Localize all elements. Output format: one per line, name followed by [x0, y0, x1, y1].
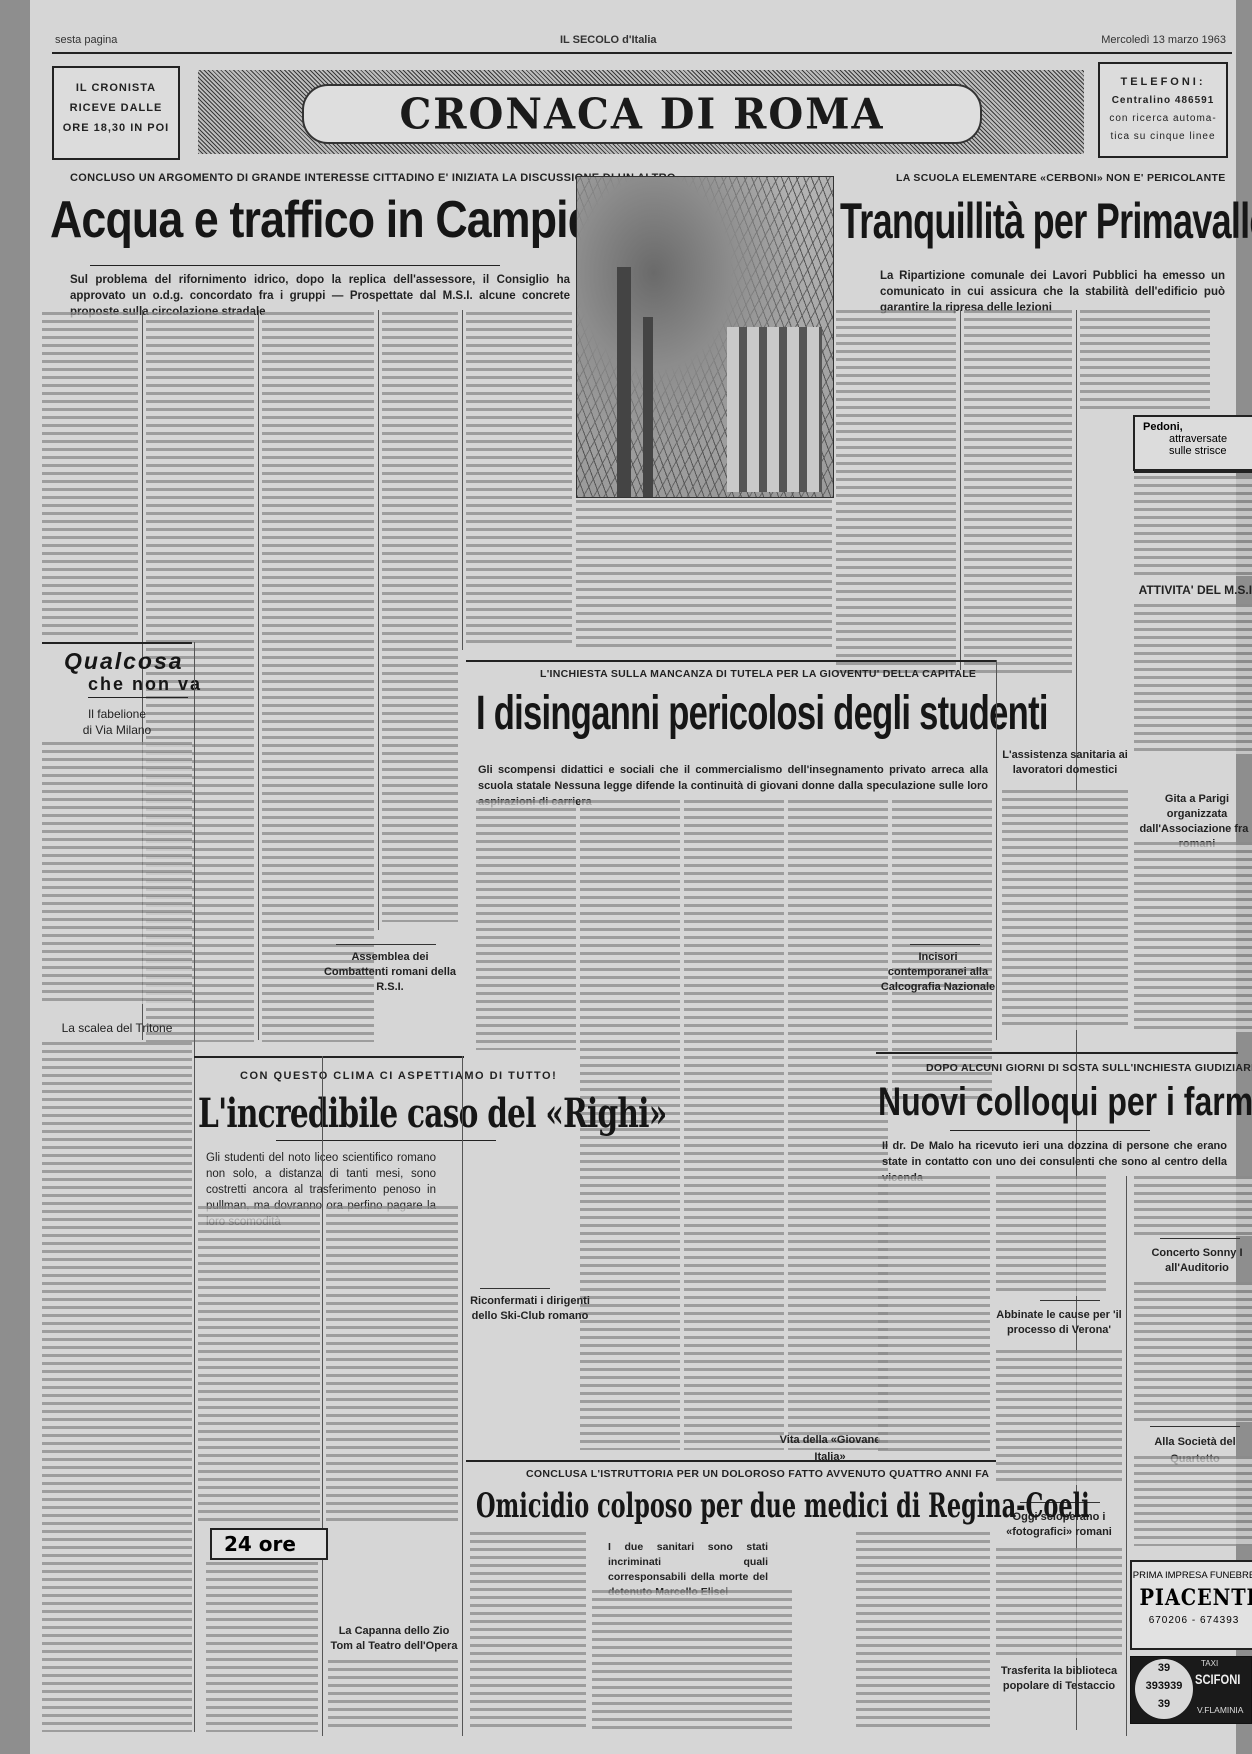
attivita-msi-title: ATTIVITA' DEL M.S.I.: [1134, 582, 1252, 599]
pedoni-notice: Pedoni, attraversate sulle strisce: [1133, 415, 1252, 471]
verona-title: Abbinate le cause per 'il processo di Ve…: [996, 1308, 1122, 1338]
news-photo: [576, 176, 834, 498]
cronista-box: IL CRONISTA RICEVE DALLE ORE 18,30 IN PO…: [52, 66, 180, 160]
pedoni-line-1: Pedoni,: [1135, 417, 1252, 433]
item-rule: [910, 944, 980, 945]
column-rule: [1126, 1176, 1127, 1736]
righi-body-col-1: [198, 1206, 320, 1526]
column-rule: [194, 642, 195, 1732]
farmaci-body-col-3: [1134, 1176, 1252, 1236]
studenti-kicker: L'INCHIESTA SULLA MANCANZA DI TUTELA PER…: [540, 668, 976, 680]
telefoni-line-2: con ricerca automa-: [1100, 110, 1226, 128]
taxi-address: V.FLAMINIA: [1197, 1705, 1243, 1715]
section-rule: [276, 1140, 496, 1141]
farmaci-kicker: DOPO ALCUNI GIORNI DI SOSTA SULL'INCHIES…: [926, 1062, 1252, 1074]
photo-caption: [576, 500, 832, 650]
ski-club-title: Riconfermati i dirigenti dello Ski-Club …: [470, 1294, 590, 1324]
issue-date: Mercoledì 13 marzo 1963: [1101, 34, 1226, 46]
pedoni-line-3: sulle strisce: [1135, 445, 1252, 457]
regina-coeli-headline: Omicidio colposo per due medici di Regin…: [476, 1486, 1090, 1526]
studenti-body-col-3: [684, 800, 784, 1450]
section-masthead: CRONACA DI ROMA: [198, 70, 1084, 154]
primavalle-kicker: LA SCUOLA ELEMENTARE «CERBONI» NON E' PE…: [896, 172, 1226, 184]
piacenti-phones: 670206 - 674393: [1132, 1615, 1252, 1626]
section-rule: [88, 697, 188, 698]
ventiquattro-ore-box: 24 ore: [210, 1528, 328, 1560]
item-rule: [336, 944, 436, 945]
taxi-number-disc: 39 393939 39: [1135, 1659, 1193, 1719]
incisori-title: Incisori contemporanei alla Calcografia …: [880, 950, 996, 995]
acqua-rule: [90, 265, 500, 266]
righi-body-col-2: [326, 1206, 458, 1526]
assistenza-body: [1002, 790, 1128, 1030]
scifoni-taxi-ad: 39 393939 39 TAXI SCIFONI V.FLAMINIA: [1130, 1656, 1252, 1724]
cronista-line-3: ORE 18,30 IN POI: [54, 118, 178, 138]
assistenza-title: L'assistenza sanitaria ai lavoratori dom…: [1002, 748, 1128, 778]
combattenti-title: Assemblea dei Combattenti romani della R…: [320, 950, 460, 995]
newspaper-page: sesta pagina IL SECOLO d'Italia Mercoled…: [30, 0, 1236, 1754]
fotografici-body: [996, 1548, 1122, 1658]
section-rule: [950, 1130, 1150, 1131]
section-rule: [466, 1460, 996, 1462]
farmaci-headline: Nuovi colloqui per i farmaci: [878, 1080, 1252, 1125]
capanna-body: [328, 1660, 458, 1732]
photo-building: [727, 327, 822, 492]
ventiquattro-ore-body: [206, 1562, 318, 1732]
folio-rule: [52, 52, 1232, 54]
gita-parigi-body: [1134, 842, 1252, 1032]
item-rule: [480, 1288, 550, 1289]
section-rule: [876, 1052, 1238, 1054]
acqua-body-col-3: [262, 312, 374, 1042]
telefoni-line-3: tica su cinque linee: [1100, 128, 1226, 146]
primavalle-headline: Tranquillità per Primavalle: [840, 192, 1252, 250]
qualcosa-sub-3: La scalea del Tritone: [42, 1020, 192, 1037]
primavalle-body-col-2: [964, 310, 1072, 675]
pedoni-line-2: attraversate: [1135, 433, 1252, 445]
attivita-msi-body: [1134, 604, 1252, 754]
farmaci-body-col-1: [878, 1176, 990, 1451]
piacenti-tagline: PRIMA IMPRESA FUNEBRE: [1132, 1570, 1252, 1581]
section-rule: [466, 660, 996, 662]
column-rule: [322, 1056, 323, 1736]
studenti-body-col-4: [788, 800, 888, 1450]
acqua-body-col-5: [466, 312, 572, 648]
section-rule: [194, 1056, 464, 1058]
piacenti-ad: PRIMA IMPRESA FUNEBRE PIACENTI 670206 - …: [1130, 1560, 1252, 1650]
taxi-label: TAXI: [1201, 1659, 1218, 1668]
qualcosa-body-2: [42, 1042, 192, 1732]
righi-kicker: CON QUESTO CLIMA CI ASPETTIAMO DI TUTTO!: [240, 1070, 557, 1082]
taxi-number-main: 393939: [1135, 1677, 1193, 1695]
cronista-line-2: RICEVE DALLE: [54, 98, 178, 118]
telefoni-line-1: Centralino 486591: [1100, 92, 1226, 110]
taxi-number-top: 39: [1135, 1659, 1193, 1677]
primavalle-deck: La Ripartizione comunale dei Lavori Pubb…: [880, 268, 1225, 316]
photo-tree-trunk: [617, 267, 631, 497]
taxi-brand: SCIFONI: [1195, 1671, 1240, 1687]
section-rule: [42, 642, 192, 644]
biblioteca-title: Trasferita la biblioteca popolare di Tes…: [996, 1664, 1122, 1694]
item-rule: [1040, 1300, 1100, 1301]
item-rule: [1150, 1426, 1240, 1427]
column-rule: [960, 310, 961, 670]
regina-coeli-kicker: CONCLUSA L'ISTRUTTORIA PER UN DOLOROSO F…: [526, 1468, 989, 1480]
section-title: CRONACA DI ROMA: [399, 89, 884, 138]
ventiquattro-ore-title: 24 ore: [212, 1530, 326, 1558]
primavalle-body-col-1: [836, 310, 956, 675]
qualcosa-title: Qualcosa: [64, 648, 184, 675]
taxi-number-bottom: 39: [1135, 1695, 1193, 1713]
column-rule: [462, 1056, 463, 1736]
regina-coeli-body-col-2: [592, 1590, 792, 1732]
concerto-body: [1134, 1282, 1252, 1422]
quartetto-body: [1134, 1456, 1252, 1546]
acqua-body-col-1: [42, 312, 138, 637]
regina-coeli-body-col-1: [470, 1532, 586, 1732]
studenti-body-col-1: [476, 800, 576, 1050]
capanna-title: La Capanna dello Zio Tom al Teatro dell'…: [326, 1624, 462, 1654]
qualcosa-body-1: [42, 742, 192, 1004]
righi-headline: L'incredibile caso del «Righi»: [198, 1090, 666, 1137]
primavalle-body-col-3: [1080, 310, 1210, 410]
regina-coeli-body-col-3: [856, 1532, 990, 1732]
qualcosa-sub-2: di Via Milano: [42, 722, 192, 739]
column-rule: [462, 310, 463, 650]
verona-body: [996, 1350, 1122, 1485]
telefoni-title: TELEFONI:: [1100, 72, 1226, 92]
column-rule: [258, 310, 259, 1040]
acqua-body-col-4: [382, 312, 458, 922]
cronista-line-1: IL CRONISTA: [54, 78, 178, 98]
concerto-title: Concerto Sonny I all'Auditorio: [1134, 1246, 1252, 1276]
newspaper-name: IL SECOLO d'Italia: [560, 34, 657, 46]
qualcosa-subtitle: che non va: [88, 674, 202, 695]
studenti-headline: I disinganni pericolosi degli studenti: [476, 686, 1048, 741]
column-rule: [378, 310, 379, 930]
piacenti-name: PIACENTI: [1139, 1585, 1248, 1611]
column-rule: [996, 660, 997, 1040]
pedoni-body: [1134, 476, 1252, 576]
telefoni-box: TELEFONI: Centralino 486591 con ricerca …: [1098, 62, 1228, 158]
page-label: sesta pagina: [55, 34, 117, 46]
photo-tree-trunk: [643, 317, 653, 497]
item-rule: [1160, 1238, 1240, 1239]
farmaci-body-col-2: [996, 1176, 1106, 1296]
qualcosa-sub-1: Il fabelione: [42, 706, 192, 723]
masthead-banner: CRONACA DI ROMA: [302, 84, 982, 144]
